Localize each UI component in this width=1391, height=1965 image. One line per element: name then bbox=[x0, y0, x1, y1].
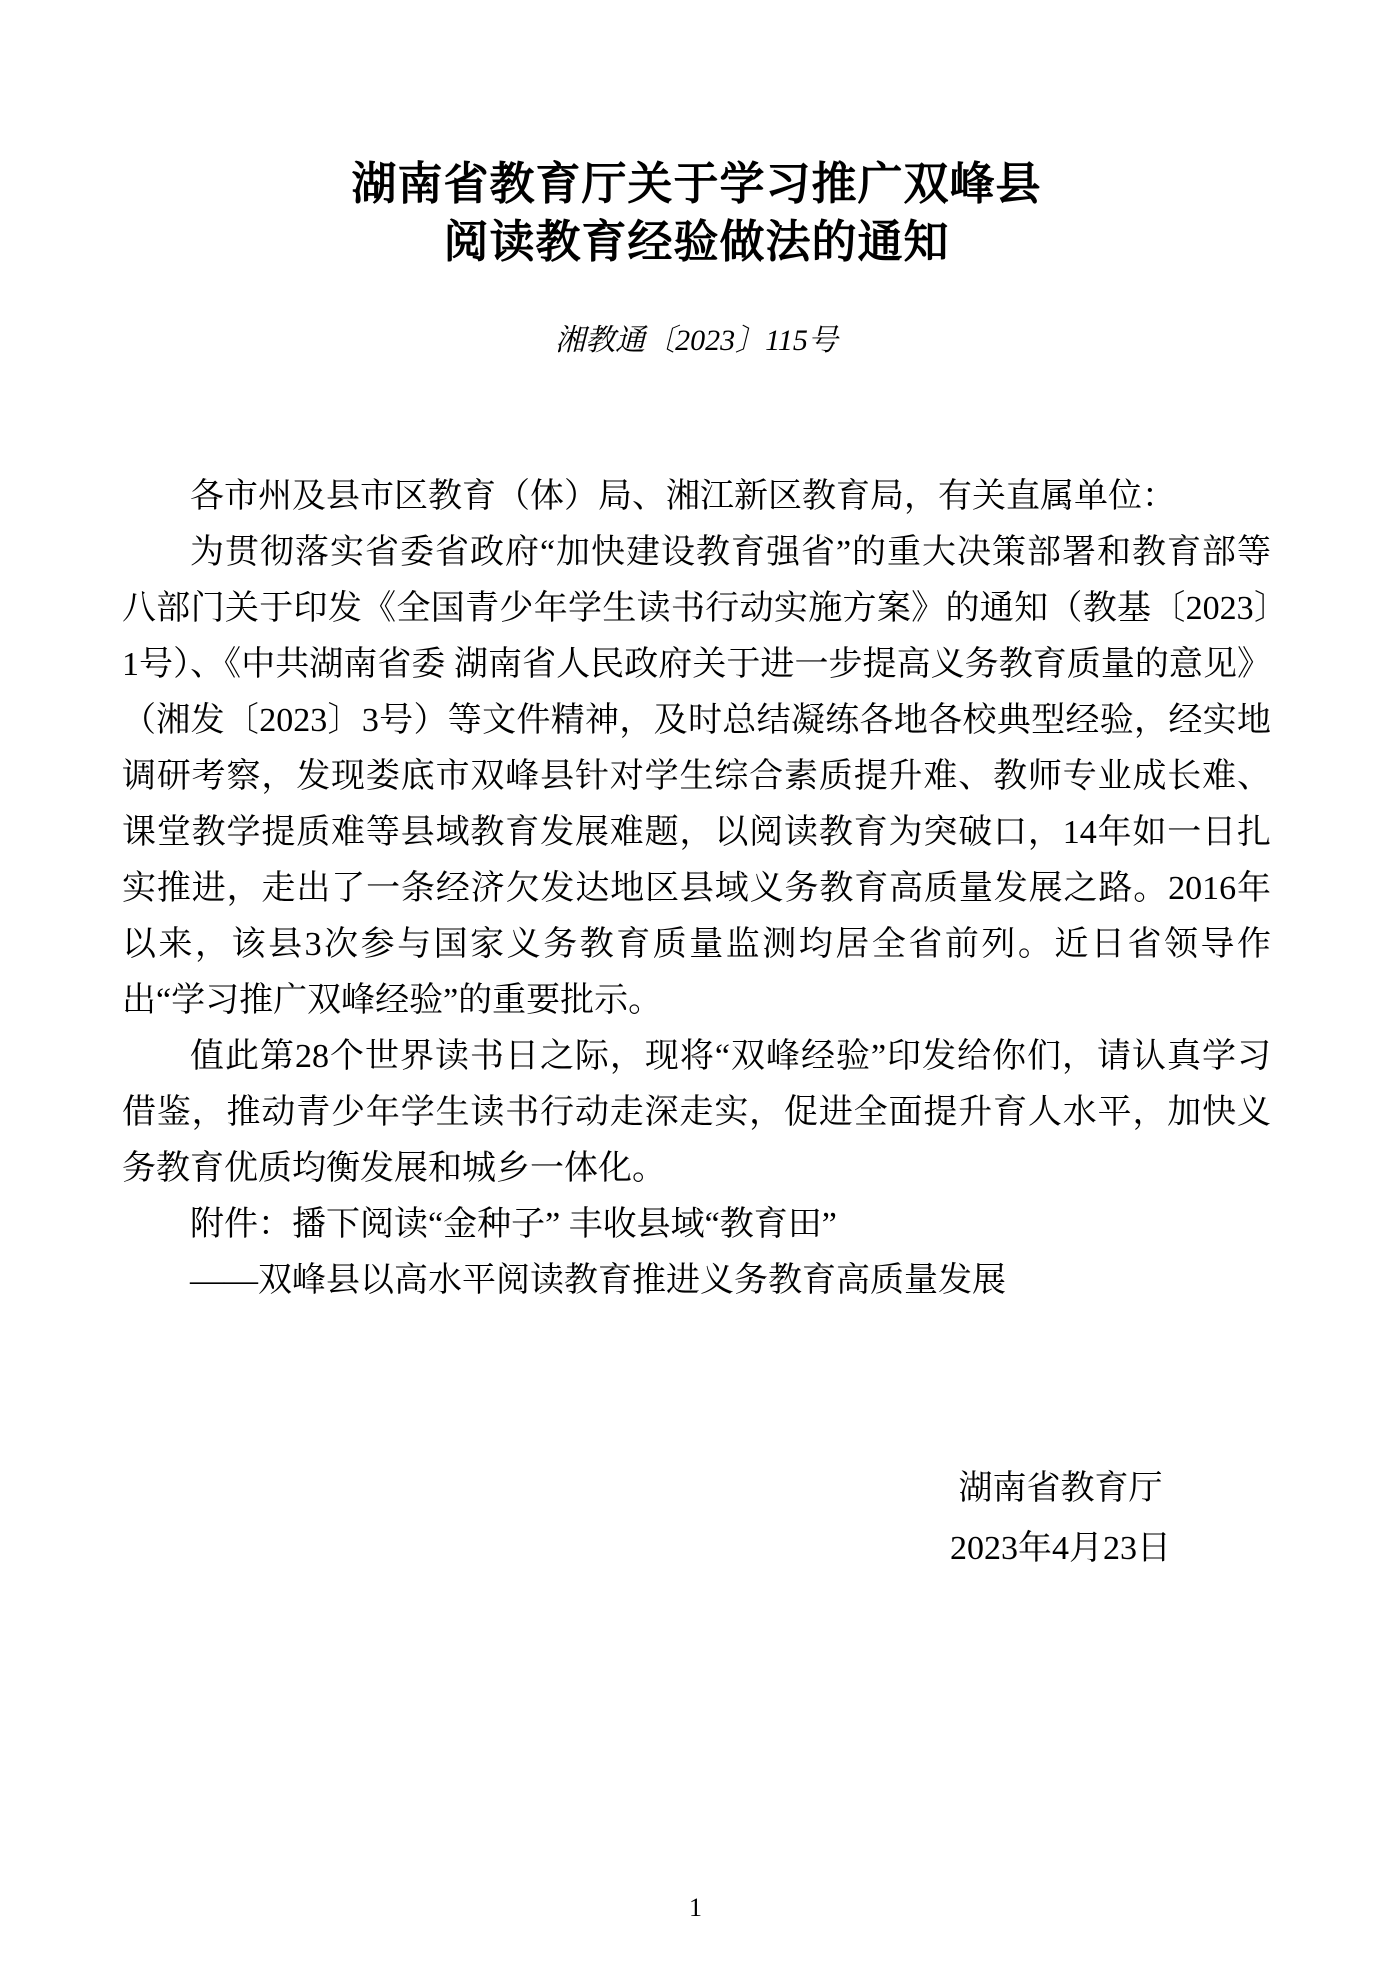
body-paragraph-2: 值此第28个世界读书日之际，现将“双峰经验”印发给你们，请认真学习借鉴，推动青少… bbox=[122, 1029, 1271, 1197]
document-title-line2: 阅读教育经验做法的通知 bbox=[122, 213, 1271, 271]
page-number: 1 bbox=[0, 1893, 1391, 1923]
signature-issuer: 湖南省教育厅 bbox=[959, 1459, 1163, 1519]
body-paragraph-1: 为贯彻落实省委省政府“加快建设教育强省”的重大决策部署和教育部等八部门关于印发《… bbox=[122, 525, 1271, 1029]
salutation-line: 各市州及县市区教育（体）局、湘江新区教育局，有关直属单位： bbox=[122, 469, 1271, 525]
attachment-title-line: 附件：播下阅读“金种子” 丰收县域“教育田” bbox=[122, 1197, 1271, 1253]
signature-block: 湖南省教育厅 2023年4月23日 bbox=[950, 1459, 1171, 1579]
document-title: 湖南省教育厅关于学习推广双峰县 阅读教育经验做法的通知 bbox=[122, 155, 1271, 271]
document-page: 湖南省教育厅关于学习推广双峰县 阅读教育经验做法的通知 湘教通〔2023〕115… bbox=[0, 0, 1391, 1965]
document-body: 各市州及县市区教育（体）局、湘江新区教育局，有关直属单位： 为贯彻落实省委省政府… bbox=[122, 469, 1271, 1309]
document-number: 湘教通〔2023〕115号 bbox=[122, 323, 1271, 359]
document-title-line1: 湖南省教育厅关于学习推广双峰县 bbox=[122, 155, 1271, 213]
signature-date: 2023年4月23日 bbox=[950, 1519, 1171, 1579]
attachment-subtitle-line: ——双峰县以高水平阅读教育推进义务教育高质量发展 bbox=[122, 1253, 1271, 1309]
